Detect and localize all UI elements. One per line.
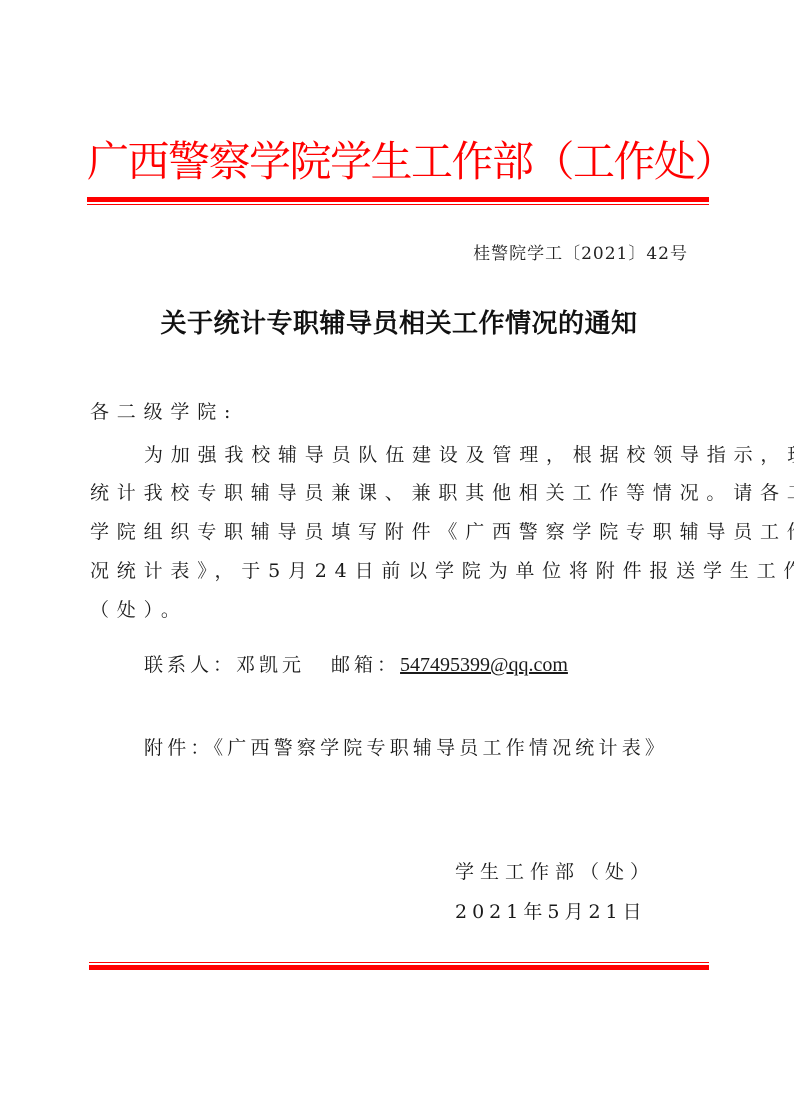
contact-name: 邓凯元 [236,654,305,676]
body-line-1: 为加强我校辅导员队伍建设及管理，根据校领导指示，现需 [144,440,710,470]
header-rule-thin [87,204,709,206]
document-number: 桂警院学工〔2021〕42号 [420,240,688,268]
salutation: 各二级学院: [90,397,710,427]
body-line-2: 统计我校专职辅导员兼课、兼职其他相关工作等情况。请各二级 [90,478,710,508]
header-rule-thick [87,197,709,202]
email-label: 邮箱： [331,654,400,676]
document-title: 关于统计专职辅导员相关工作情况的通知 [90,302,708,346]
footer-rule-thick [89,965,709,970]
body-line-4: 况统计表》，于5月24日前以学院为单位将附件报送学生工作部 [90,556,710,586]
body-line-5: （处）。 [90,595,710,625]
signature-department: 学生工作部（处） [455,857,685,887]
masthead-title: 广西警察学院学生工作部（工作处） [87,134,711,190]
email-link[interactable]: 547495399@qq.com [400,654,568,676]
contact-label: 联系人： [144,654,236,676]
contact-line: 联系人：邓凯元邮箱：547495399@qq.com [144,650,710,680]
attachment-line: 附件：《广西警察学院专职辅导员工作情况统计表》 [144,733,710,763]
body-line-3: 学院组织专职辅导员填写附件《广西警察学院专职辅导员工作情 [90,517,710,547]
footer-rule-thin [89,962,709,964]
signature-date: 2021年5月21日 [455,897,685,927]
